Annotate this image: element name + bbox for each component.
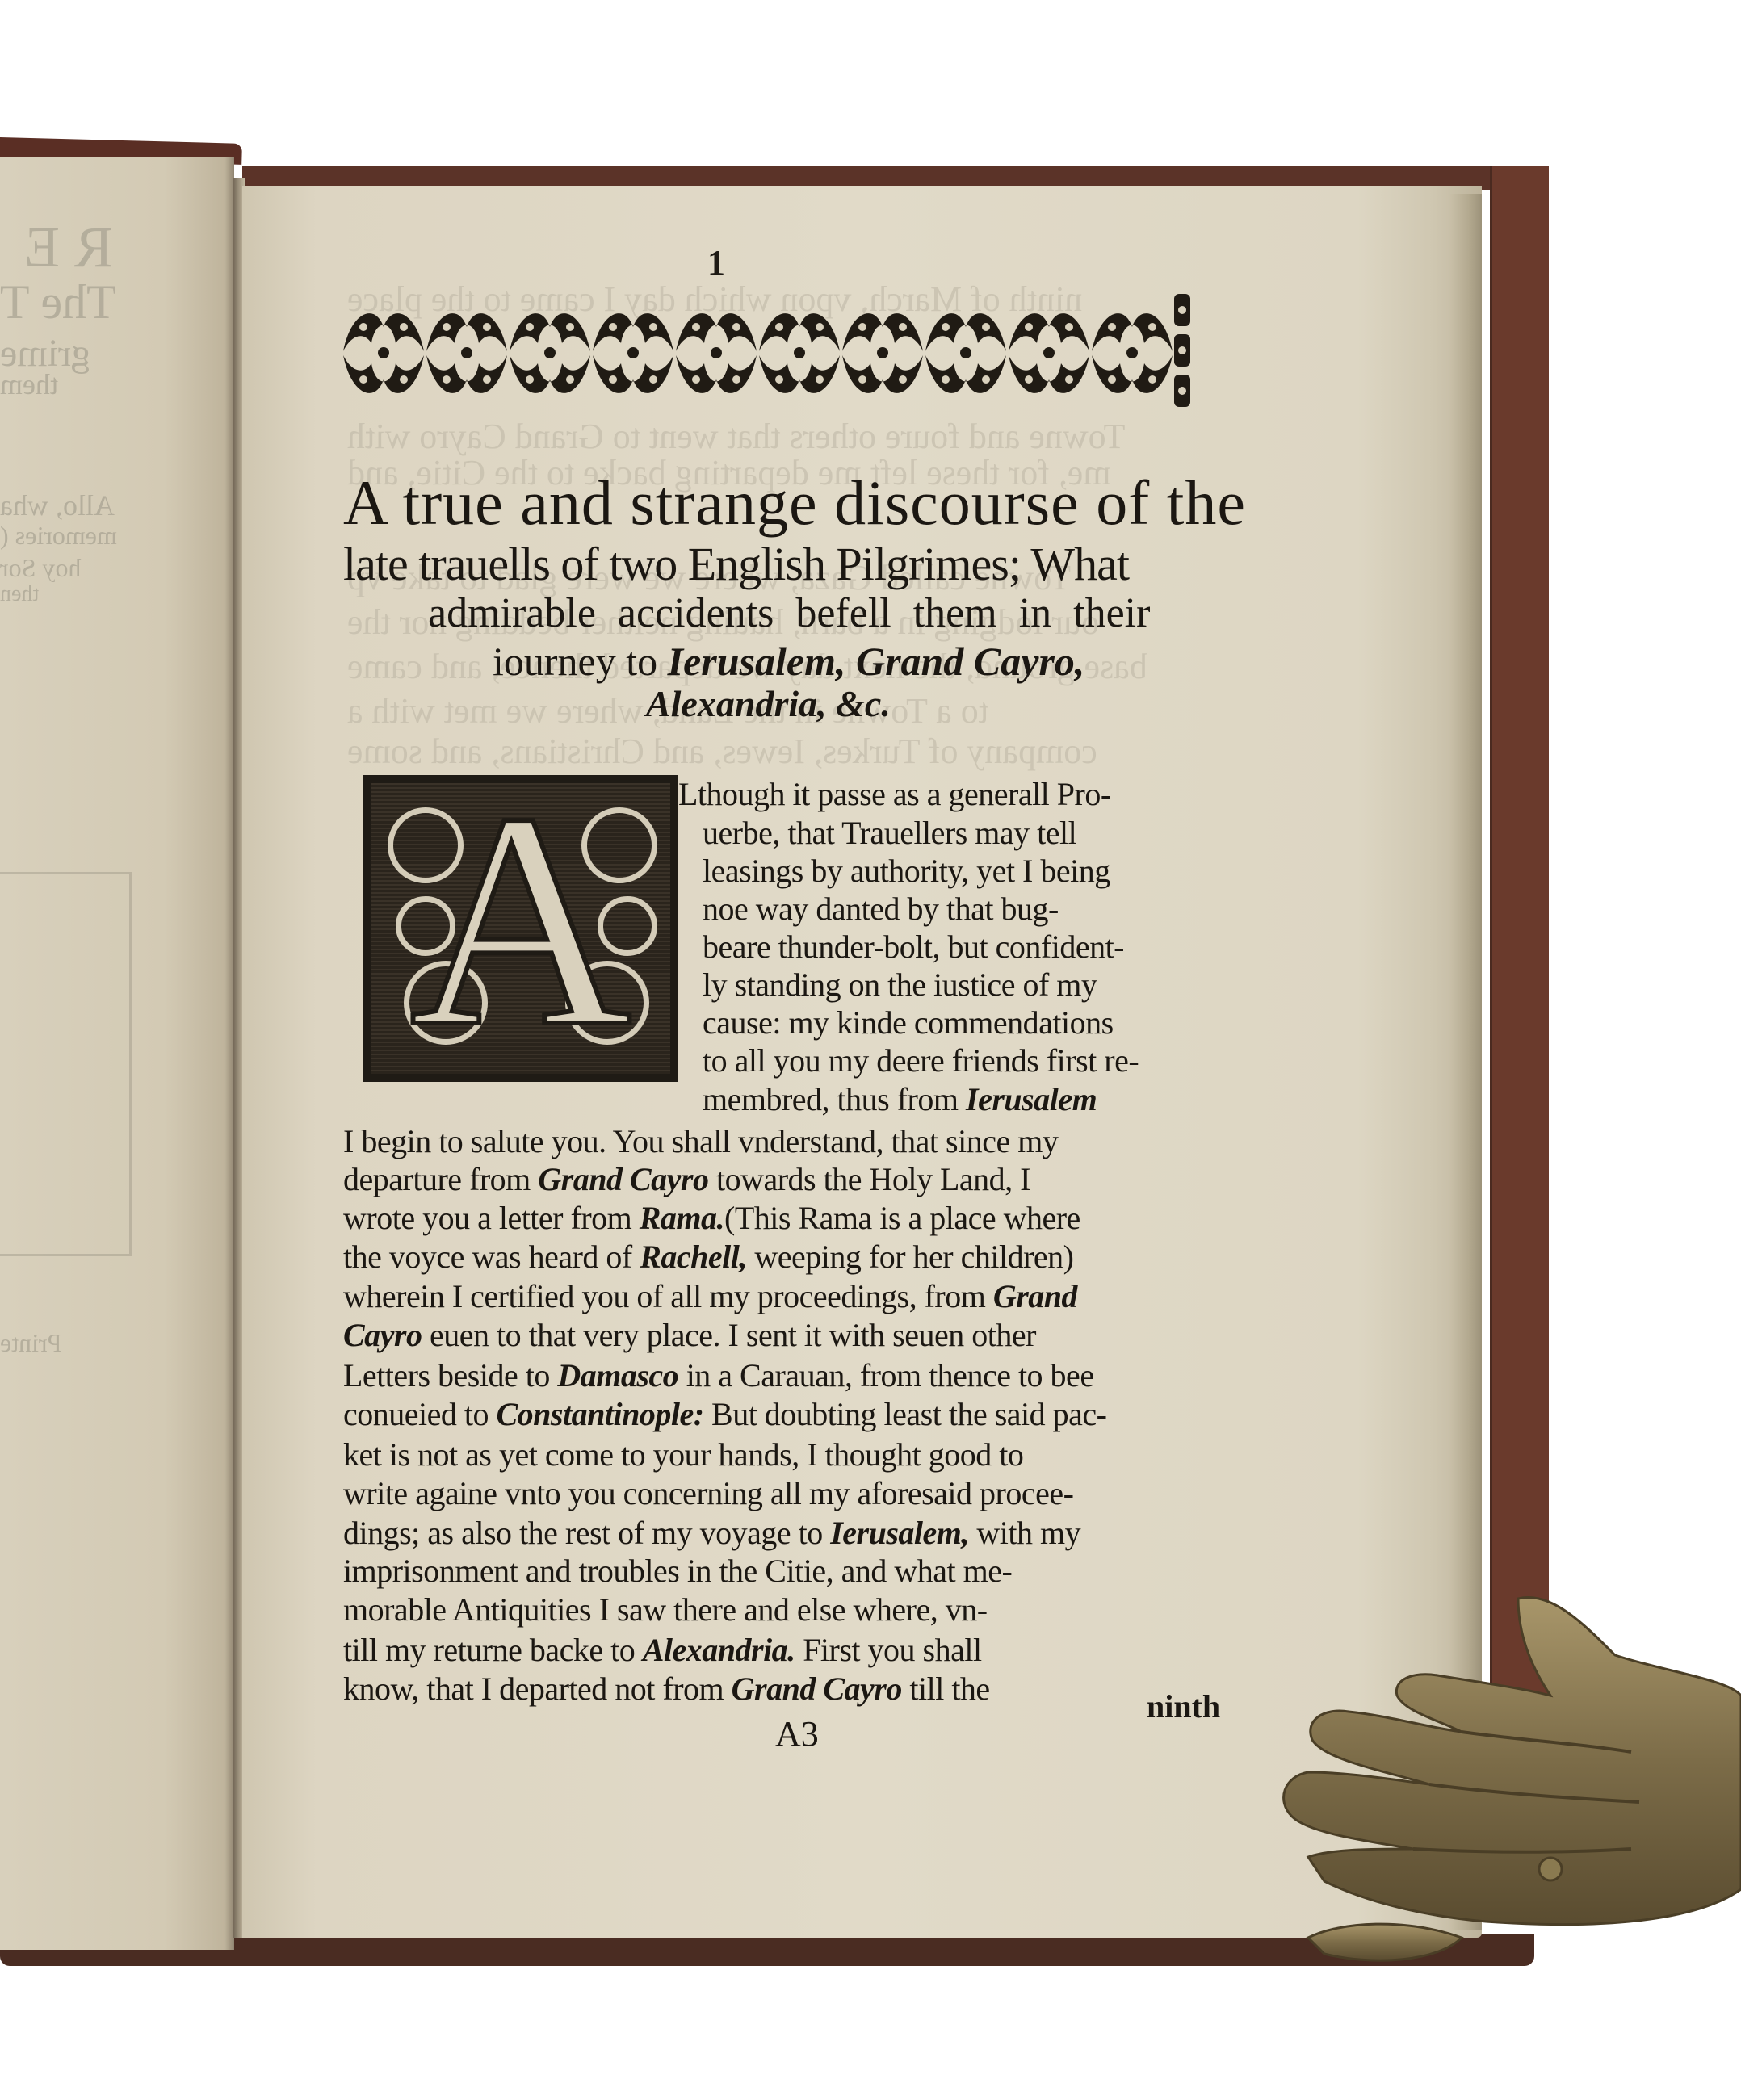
- body-line: Cayro euen to that very place. I sent it…: [343, 1316, 1036, 1354]
- decorated-initial: A: [363, 775, 678, 1082]
- title-line-1: A true and strange discourse of the: [343, 467, 1246, 539]
- body-line: leasings by authority, yet I being: [703, 852, 1110, 890]
- body-line: dings; as also the rest of my voyage to …: [343, 1514, 1080, 1552]
- title-line-4: iourney to Ierusalem, Grand Cayro,: [493, 638, 1084, 685]
- body-line: till my returne backe to Alexandria. Fir…: [343, 1631, 982, 1669]
- body-line: ket is not as yet come to your hands, I …: [343, 1436, 1023, 1473]
- title-line-4-roman: iourney to: [493, 639, 668, 684]
- body-line: I begin to salute you. You shall vnderst…: [343, 1122, 1058, 1160]
- signature-mark: A3: [775, 1713, 819, 1754]
- body-line: noe way danted by that bug-: [703, 890, 1059, 928]
- left-ghost-line: Allo, wha: [0, 488, 115, 522]
- body-line: wrote you a letter from Rama.(This Rama …: [343, 1199, 1080, 1237]
- body-line: morable Antiquities I saw there and else…: [343, 1591, 988, 1628]
- body-line: ly standing on the iustice of my: [703, 966, 1097, 1004]
- brass-hand-book-holder: [1276, 1582, 1741, 2035]
- body-line: know, that I departed not from Grand Cay…: [343, 1670, 990, 1708]
- title-line-2: late trauells of two English Pilgrimes; …: [343, 537, 1129, 591]
- left-ghost-line: then: [0, 581, 39, 607]
- body-line: cause: my kinde commendations: [703, 1004, 1114, 1042]
- page-number: 1: [707, 242, 725, 283]
- initial-letter: A: [363, 759, 678, 1082]
- title-line-5: Alexandria, &c.: [646, 682, 891, 725]
- body-line: departure from Grand Cayro towards the H…: [343, 1160, 1030, 1198]
- book-cover-right-edge: [1490, 166, 1549, 1712]
- headpiece-ornament: [343, 295, 1179, 412]
- title-line-4-italic: Ierusalem, Grand Cayro,: [668, 639, 1085, 684]
- body-line: wherein I certified you of all my procee…: [343, 1277, 1077, 1315]
- body-line: uerbe, that Trauellers may tell: [703, 814, 1076, 852]
- left-ghost-line: Printe: [0, 1328, 61, 1358]
- left-ghost-line: hoy Sor: [0, 553, 81, 583]
- left-page: R E The T grime them Allo, wha memories …: [0, 157, 234, 1950]
- side-ornament: [1173, 292, 1192, 412]
- body-line: the voyce was heard of Rachell, weeping …: [343, 1238, 1074, 1276]
- left-ghost-line: R E: [24, 214, 113, 281]
- body-line: imprisonment and troubles in the Citie, …: [343, 1552, 1012, 1590]
- title-line-3: admirable accidents befell them in their: [428, 589, 1150, 637]
- body-line: beare thunder-bolt, but confident-: [703, 928, 1124, 966]
- left-ghost-line: memories (: [0, 521, 117, 551]
- body-line: to all you my deere friends first re-: [703, 1042, 1139, 1079]
- left-ghost-line: The T: [0, 275, 116, 330]
- ghost-woodcut-frame: [0, 872, 132, 1256]
- body-line: Letters beside to Damasco in a Carauan, …: [343, 1356, 1094, 1394]
- left-ghost-line: them: [0, 367, 58, 401]
- body-line: membred, thus from Ierusalem: [703, 1080, 1097, 1118]
- bleed-through-line: Towne and foure others that went to Gran…: [347, 416, 1125, 457]
- catchword: ninth: [1147, 1687, 1220, 1725]
- body-line: write againe vnto you concerning all my …: [343, 1474, 1073, 1512]
- body-line: Lthough it passe as a generall Pro-: [678, 775, 1111, 813]
- body-line: conueied to Constantinople: But doubting…: [343, 1395, 1106, 1433]
